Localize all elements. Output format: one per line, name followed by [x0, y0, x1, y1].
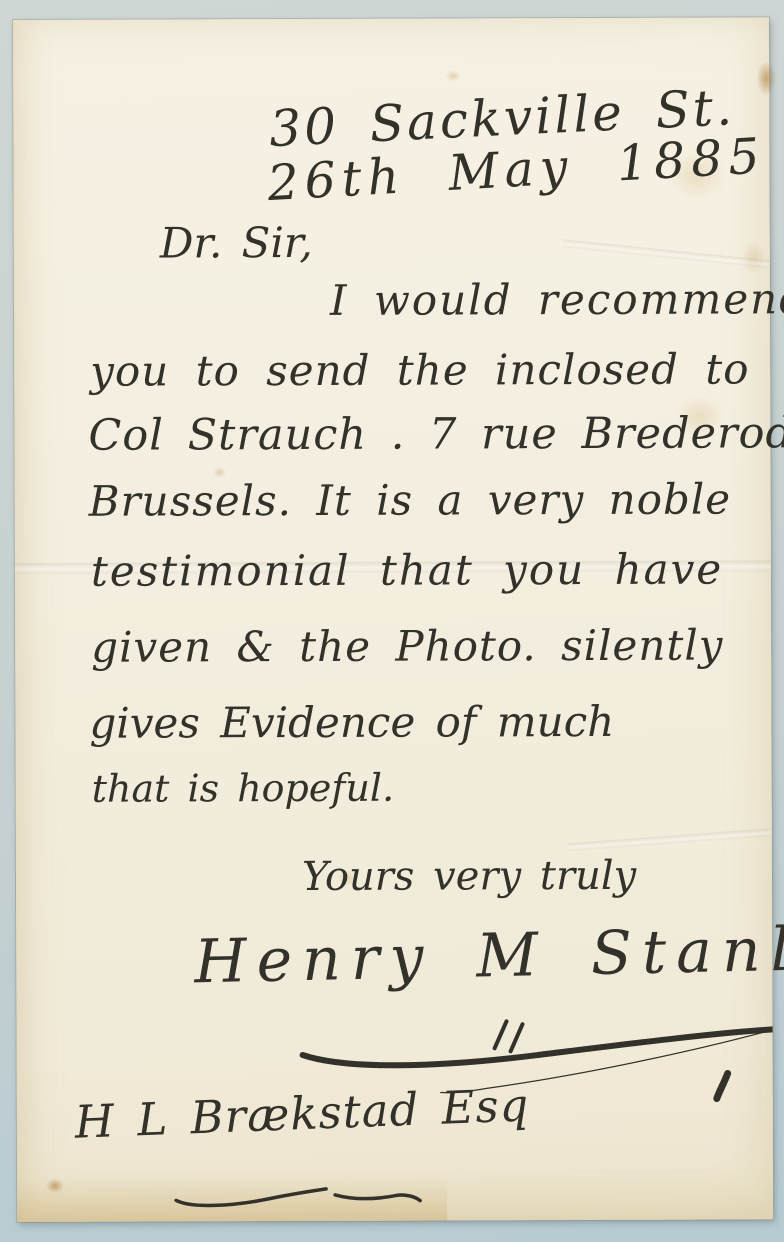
signature-tail-stroke [717, 1074, 728, 1099]
fold-crease [562, 239, 770, 268]
salutation: Dr. Sir, [160, 219, 313, 267]
fold-crease [568, 828, 772, 851]
stain [443, 68, 463, 83]
body-line: I would recommend [330, 275, 784, 324]
stain [43, 1176, 67, 1196]
addressee-underline [335, 1195, 420, 1201]
addressee-line: H L Brækstad Esq [74, 1080, 530, 1148]
signature-crossing [494, 1021, 522, 1051]
body-line: that is hopeful. [92, 767, 395, 811]
closing-line: Yours very truly [302, 854, 636, 900]
signature-flourish [303, 1029, 773, 1065]
photo-background: 30 Sackville St. 26th May 1885 Dr. Sir, … [0, 0, 784, 1242]
body-line: gives Evidence of much [89, 698, 614, 747]
signature: Henry M Stanley [194, 915, 784, 997]
body-line: testimonial that you have [91, 546, 723, 595]
body-line: Brussels. It is a very noble [89, 475, 732, 524]
stain [17, 1176, 447, 1222]
letter-paper: 30 Sackville St. 26th May 1885 Dr. Sir, … [13, 17, 773, 1222]
body-line: you to send the inclosed to [90, 345, 749, 394]
body-line: Col Strauch . 7 rue Brederode [88, 409, 784, 460]
body-line: given & the Photo. silently [91, 622, 723, 671]
stain [753, 55, 779, 101]
stain [738, 235, 770, 279]
addressee-underline [176, 1189, 326, 1206]
